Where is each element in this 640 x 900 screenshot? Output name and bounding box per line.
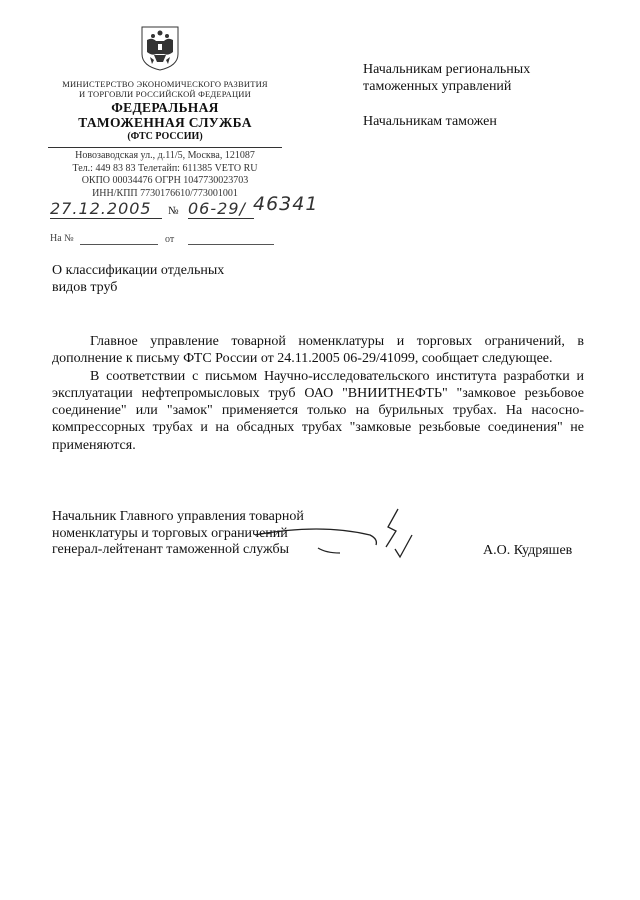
letterhead-divider [48,147,282,148]
phone: Тел.: 449 83 83 Телетайп: 611385 VETO RU [40,163,290,176]
reference-date-blank [188,244,274,245]
subject-line-2: видов труб [52,279,224,296]
letter-subject: О классификации отдельных видов труб [52,262,224,296]
addressee-line-1: Начальникам региональных [363,61,530,78]
reference-number-label: На № [50,233,74,244]
outgoing-number-prefix: 06-29/ [188,200,254,219]
agency-short-name: (ФТС РОССИИ) [40,131,290,142]
subject-line-1: О классификации отдельных [52,262,224,279]
number-sign: № [168,205,179,217]
address: Новозаводская ул., д.11/5, Москва, 12108… [40,150,290,163]
agency-line-2: ТАМОЖЕННАЯ СЛУЖБА [40,115,290,130]
okpo-ogrn: ОКПО 00034476 ОГРН 1047730023703 [40,175,290,188]
outgoing-number-suffix: 46341 [253,193,318,215]
outgoing-date: 27.12.2005 [50,200,162,219]
reference-number-blank [80,244,158,245]
coat-of-arms-icon [138,24,182,72]
handwritten-signature-icon [200,505,440,565]
addressee-line-3: Начальникам таможен [363,114,497,130]
agency-line-1: ФЕДЕРАЛЬНАЯ [40,100,290,115]
addressee-line-2: таможенных управлений [363,78,530,95]
ministry-line-2: И ТОРГОВЛИ РОССИЙСКОЙ ФЕДЕРАЦИИ [40,89,290,99]
body-paragraph-1: Главное управление товарной номенклатуры… [52,333,584,368]
agency-name: ФЕДЕРАЛЬНАЯ ТАМОЖЕННАЯ СЛУЖБА [40,100,290,130]
ministry-line-1: МИНИСТЕРСТВО ЭКОНОМИЧЕСКОГО РАЗВИТИЯ [40,79,290,89]
ministry-name: МИНИСТЕРСТВО ЭКОНОМИЧЕСКОГО РАЗВИТИЯ И Т… [40,79,290,99]
body-paragraph-2: В соответствии с письмом Научно-исследов… [52,368,584,454]
signatory-name: А.О. Кудряшев [483,543,572,559]
addressee-block: Начальникам региональных таможенных упра… [363,61,530,95]
reference-date-label: от [165,234,174,245]
letter-body: Главное управление товарной номенклатуры… [52,333,584,454]
